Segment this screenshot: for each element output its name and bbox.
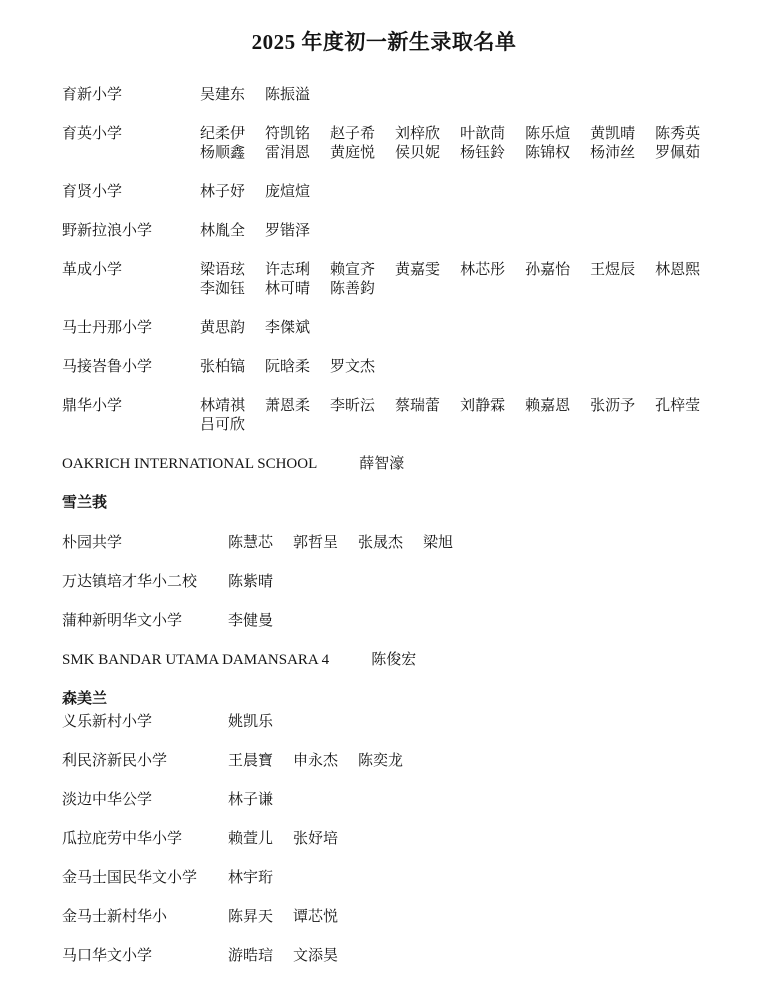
school-name: 育英小学: [62, 125, 200, 144]
student-names: 陈俊宏: [371, 651, 416, 670]
school-row: 野新拉浪小学林胤全罗锴泽: [62, 222, 718, 241]
student-name: 薛智濠: [359, 455, 404, 474]
student-name: 许志琍: [265, 261, 310, 280]
student-name: 林芯彤: [460, 261, 505, 280]
school-rows: 朴园共学陈慧芯郭哲呈张晟杰梁旭万达镇培才华小二校陈紫晴蒲种新明华文小学李健曼SM…: [62, 534, 718, 670]
student-names: 林胤全罗锴泽: [200, 222, 310, 241]
student-name: 陈锦权: [525, 144, 570, 163]
student-names: 陈慧芯郭哲呈张晟杰梁旭: [228, 534, 453, 553]
school-row: 蒲种新明华文小学李健曼: [62, 612, 718, 631]
student-name: 罗锴泽: [265, 222, 310, 241]
section-top: 育新小学吴建东陈振溢育英小学纪柔伊符凯铭赵子希刘梓欣叶歆茼陈乐煊黄凯晴陈秀英杨顺…: [62, 86, 718, 474]
school-row: 淡边中华公学林子谦: [62, 791, 718, 810]
student-name: 陈乐煊: [525, 125, 570, 144]
student-name: 梁语玹: [200, 261, 245, 280]
student-name: 张柏镐: [200, 358, 245, 377]
student-names: 陈昇天谭芯悦: [228, 908, 338, 927]
student-name: 林恩熙: [655, 261, 700, 280]
section-header-selangor: 雪兰莪: [62, 494, 718, 513]
admission-list-page: 2025 年度初一新生录取名单 育新小学吴建东陈振溢育英小学纪柔伊符凯铭赵子希刘…: [0, 0, 768, 993]
student-name: 阮晗柔: [265, 358, 310, 377]
student-names: 黄思韵李傑斌: [200, 319, 310, 338]
student-name: 罗佩茹: [655, 144, 700, 163]
school-row: 马口华文小学游晧琂文添昊: [62, 947, 718, 966]
student-names: 王晨寶申永杰陈奕龙: [228, 752, 403, 771]
student-names: 林宇珩: [228, 869, 273, 888]
student-name: 谭芯悦: [293, 908, 338, 927]
section-negeri-sembilan: 森美兰 义乐新村小学姚凯乐利民济新民小学王晨寶申永杰陈奕龙淡边中华公学林子谦瓜拉…: [62, 690, 718, 966]
student-name: 王煜辰: [590, 261, 635, 280]
student-name: 李健曼: [228, 612, 273, 631]
student-name: 吴建东: [200, 86, 245, 105]
student-name: 郭哲呈: [293, 534, 338, 553]
school-name: SMK BANDAR UTAMA DAMANSARA 4: [62, 651, 329, 670]
student-name: 黄庭悦: [330, 144, 375, 163]
student-names: 游晧琂文添昊: [228, 947, 338, 966]
school-name: 马接峇鲁小学: [62, 358, 200, 377]
school-name: 万达镇培才华小二校: [62, 573, 228, 592]
school-row: 革成小学梁语玹许志琍赖宣齐黄嘉雯林芯彤孙嘉怡王煜辰林恩熙李洳钰林可晴陈善鈞: [62, 261, 718, 299]
student-name: 张妤培: [293, 830, 338, 849]
student-name: 陈秀英: [655, 125, 700, 144]
student-name: 庞煊煊: [265, 183, 310, 202]
school-row: OAKRICH INTERNATIONAL SCHOOL薛智濠: [62, 455, 718, 474]
school-name: 义乐新村小学: [62, 713, 228, 732]
school-name: OAKRICH INTERNATIONAL SCHOOL: [62, 455, 317, 474]
student-name: 孙嘉怡: [525, 261, 570, 280]
school-row: 育贤小学林子妤庞煊煊: [62, 183, 718, 202]
school-name: 野新拉浪小学: [62, 222, 200, 241]
student-name: 李昕沄: [330, 397, 375, 416]
student-names: 林靖祺萧恩柔李昕沄蔡瑞蕾刘静霖赖嘉恩张沥予孔梓莹吕可欣: [200, 397, 718, 435]
student-names: 李健曼: [228, 612, 273, 631]
student-name: 侯贝妮: [395, 144, 440, 163]
school-row: 朴园共学陈慧芯郭哲呈张晟杰梁旭: [62, 534, 718, 553]
student-name: 申永杰: [293, 752, 338, 771]
school-name: 蒲种新明华文小学: [62, 612, 228, 631]
student-name: 陈昇天: [228, 908, 273, 927]
student-name: 符凯铭: [265, 125, 310, 144]
student-name: 李傑斌: [265, 319, 310, 338]
school-name: 金马士新村华小: [62, 908, 228, 927]
student-name: 李洳钰: [200, 280, 245, 299]
student-name: 黄思韵: [200, 319, 245, 338]
student-name: 罗文杰: [330, 358, 375, 377]
student-name: 陈奕龙: [358, 752, 403, 771]
student-names: 林子谦: [228, 791, 273, 810]
student-name: 张晟杰: [358, 534, 403, 553]
student-name: 赵子希: [330, 125, 375, 144]
school-name: 鼎华小学: [62, 397, 200, 416]
student-name: 赖宣齐: [330, 261, 375, 280]
student-name: 蔡瑞蕾: [395, 397, 440, 416]
school-row: 育新小学吴建东陈振溢: [62, 86, 718, 105]
school-rows: 义乐新村小学姚凯乐利民济新民小学王晨寶申永杰陈奕龙淡边中华公学林子谦瓜拉庇劳中华…: [62, 713, 718, 966]
student-names: 林子妤庞煊煊: [200, 183, 310, 202]
student-name: 林胤全: [200, 222, 245, 241]
section-selangor: 雪兰莪 朴园共学陈慧芯郭哲呈张晟杰梁旭万达镇培才华小二校陈紫晴蒲种新明华文小学李…: [62, 494, 718, 670]
school-row: 瓜拉庇劳中华小学赖萱儿张妤培: [62, 830, 718, 849]
student-names: 陈紫晴: [228, 573, 273, 592]
student-name: 姚凯乐: [228, 713, 273, 732]
school-row: 育英小学纪柔伊符凯铭赵子希刘梓欣叶歆茼陈乐煊黄凯晴陈秀英杨顺鑫雷涓恩黄庭悦侯贝妮…: [62, 125, 718, 163]
school-name: 淡边中华公学: [62, 791, 228, 810]
student-name: 黄嘉雯: [395, 261, 440, 280]
school-name: 瓜拉庇劳中华小学: [62, 830, 228, 849]
student-name: 黄凯晴: [590, 125, 635, 144]
student-name: 刘静霖: [460, 397, 505, 416]
school-name: 革成小学: [62, 261, 200, 280]
school-row: 金马士新村华小陈昇天谭芯悦: [62, 908, 718, 927]
student-name: 张沥予: [590, 397, 635, 416]
school-name: 育新小学: [62, 86, 200, 105]
student-name: 孔梓莹: [655, 397, 700, 416]
school-name: 金马士国民华文小学: [62, 869, 228, 888]
student-name: 林子妤: [200, 183, 245, 202]
student-names: 纪柔伊符凯铭赵子希刘梓欣叶歆茼陈乐煊黄凯晴陈秀英杨顺鑫雷涓恩黄庭悦侯贝妮杨钰鈴陈…: [200, 125, 718, 163]
student-name: 陈慧芯: [228, 534, 273, 553]
school-name: 利民济新民小学: [62, 752, 228, 771]
student-name: 雷涓恩: [265, 144, 310, 163]
school-name: 朴园共学: [62, 534, 228, 553]
student-names: 吴建东陈振溢: [200, 86, 310, 105]
student-name: 林子谦: [228, 791, 273, 810]
school-rows: 育新小学吴建东陈振溢育英小学纪柔伊符凯铭赵子希刘梓欣叶歆茼陈乐煊黄凯晴陈秀英杨顺…: [62, 86, 718, 474]
school-row: 义乐新村小学姚凯乐: [62, 713, 718, 732]
student-name: 赖萱儿: [228, 830, 273, 849]
student-name: 陈俊宏: [371, 651, 416, 670]
student-name: 吕可欣: [200, 416, 245, 435]
school-name: 马口华文小学: [62, 947, 228, 966]
student-name: 陈紫晴: [228, 573, 273, 592]
student-name: 林可晴: [265, 280, 310, 299]
section-header-negeri-sembilan: 森美兰: [62, 690, 718, 709]
school-row: SMK BANDAR UTAMA DAMANSARA 4陈俊宏: [62, 651, 718, 670]
student-names: 姚凯乐: [228, 713, 273, 732]
school-name: 育贤小学: [62, 183, 200, 202]
student-names: 薛智濠: [359, 455, 404, 474]
school-row: 马接峇鲁小学张柏镐阮晗柔罗文杰: [62, 358, 718, 377]
student-name: 纪柔伊: [200, 125, 245, 144]
student-name: 梁旭: [423, 534, 453, 553]
school-row: 利民济新民小学王晨寶申永杰陈奕龙: [62, 752, 718, 771]
school-name: 马士丹那小学: [62, 319, 200, 338]
school-row: 马士丹那小学黄思韵李傑斌: [62, 319, 718, 338]
student-name: 文添昊: [293, 947, 338, 966]
student-name: 林宇珩: [228, 869, 273, 888]
student-name: 王晨寶: [228, 752, 273, 771]
student-name: 赖嘉恩: [525, 397, 570, 416]
student-name: 林靖祺: [200, 397, 245, 416]
page-title: 2025 年度初一新生录取名单: [50, 26, 718, 56]
student-name: 陈善鈞: [330, 280, 375, 299]
student-name: 杨钰鈴: [460, 144, 505, 163]
student-names: 梁语玹许志琍赖宣齐黄嘉雯林芯彤孙嘉怡王煜辰林恩熙李洳钰林可晴陈善鈞: [200, 261, 718, 299]
student-name: 游晧琂: [228, 947, 273, 966]
school-row: 万达镇培才华小二校陈紫晴: [62, 573, 718, 592]
student-name: 杨沛丝: [590, 144, 635, 163]
school-row: 鼎华小学林靖祺萧恩柔李昕沄蔡瑞蕾刘静霖赖嘉恩张沥予孔梓莹吕可欣: [62, 397, 718, 435]
student-name: 陈振溢: [265, 86, 310, 105]
student-names: 张柏镐阮晗柔罗文杰: [200, 358, 375, 377]
student-name: 萧恩柔: [265, 397, 310, 416]
student-names: 赖萱儿张妤培: [228, 830, 338, 849]
student-name: 杨顺鑫: [200, 144, 245, 163]
student-name: 叶歆茼: [460, 125, 505, 144]
student-name: 刘梓欣: [395, 125, 440, 144]
school-row: 金马士国民华文小学林宇珩: [62, 869, 718, 888]
